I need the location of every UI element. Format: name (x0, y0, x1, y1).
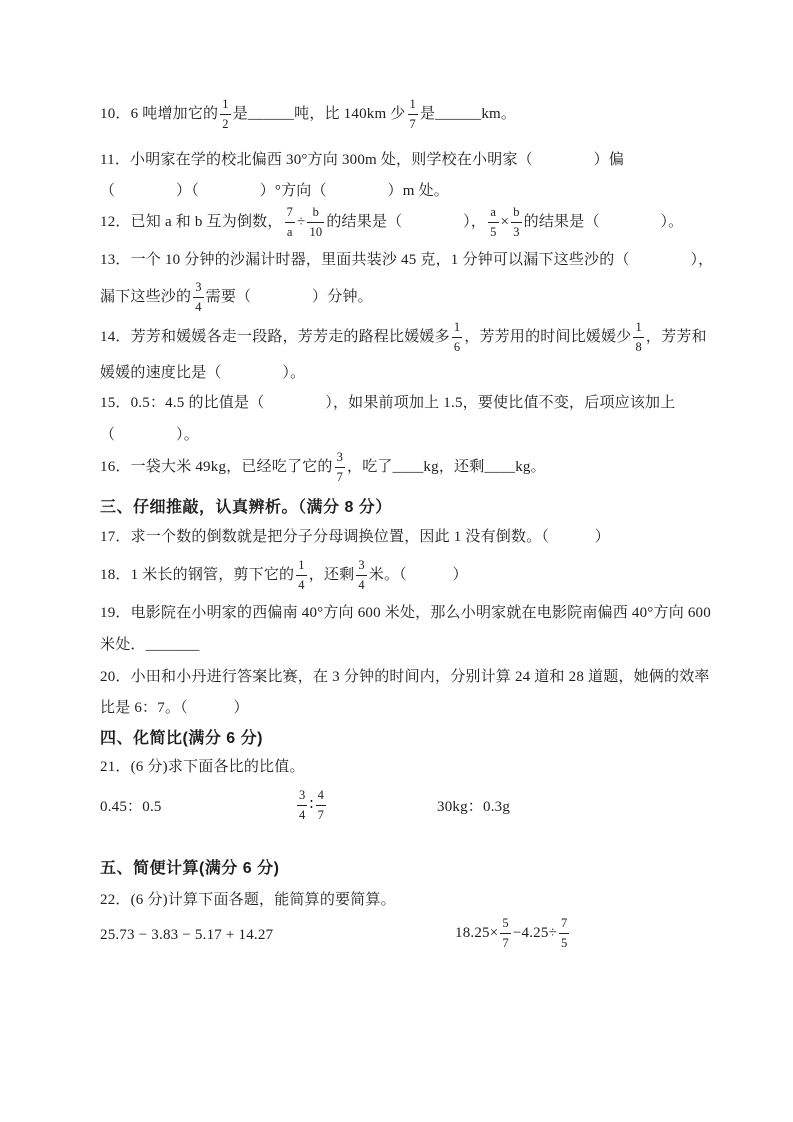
question-13-line-2: 漏下这些沙的34需要（ ）分钟。 (100, 279, 373, 316)
fraction: b3 (511, 204, 521, 241)
question-22-item-2: 18.25×57−4.25÷75 (455, 915, 571, 952)
section-4-heading: 四、化简比(满分 6 分) (100, 729, 263, 750)
fraction: 47 (316, 787, 326, 824)
question-19-line-2: 米处．_______ (100, 636, 200, 656)
question-11-line-2: （ ）（ ）°方向（ ）m 处。 (100, 182, 449, 202)
fraction: 34 (297, 787, 307, 824)
fraction: 12 (220, 96, 230, 133)
fraction: 14 (296, 557, 306, 594)
question-20-line-2: 比是 6：7。（ ） (100, 699, 249, 719)
fraction: 37 (335, 449, 345, 486)
question-21-item-2: 34∶47 (295, 787, 328, 824)
section-5-heading: 五、简便计算(满分 6 分) (100, 859, 279, 880)
question-10: 10．6 吨增加它的12是______吨，比 140km 少17是______k… (100, 96, 516, 133)
question-20-line-1: 20．小田和小丹进行答案比赛，在 3 分钟的时间内，分别计算 24 道和 28 … (100, 668, 710, 688)
question-15-line-2: （ ）。 (100, 426, 199, 446)
fraction: 17 (408, 96, 418, 133)
fraction: 18 (633, 319, 643, 356)
fraction: 34 (356, 557, 366, 594)
fraction: 57 (500, 915, 510, 952)
question-21: 21．(6 分)求下面各比的比值。 (100, 758, 305, 778)
question-14-line-2: 媛媛的速度比是（ ）。 (100, 364, 305, 384)
question-14-line-1: 14．芳芳和媛媛各走一段路，芳芳走的路程比媛媛多16，芳芳用的时间比媛媛少18，… (100, 319, 707, 356)
question-22: 22．(6 分)计算下面各题，能简算的要简算。 (100, 891, 396, 911)
fraction: 75 (559, 915, 569, 952)
question-21-item-3: 30kg：0.3g (437, 798, 510, 818)
question-22-item-1: 25.73 − 3.83 − 5.17 + 14.27 (100, 926, 273, 946)
question-19-line-1: 19．电影院在小明家的西偏南 40°方向 600 米处，那么小明家就在电影院南偏… (100, 604, 711, 624)
section-3-heading: 三、仔细推敲，认真辨析。（满分 8 分） (100, 498, 392, 519)
fraction: a5 (488, 204, 498, 241)
fraction: b10 (307, 204, 324, 241)
question-21-item-1: 0.45：0.5 (100, 798, 162, 818)
question-15-line-1: 15．0.5：4.5 的比值是（ ），如果前项加上 1.5，要使比值不变，后项应… (100, 394, 675, 414)
fraction: 34 (193, 279, 203, 316)
question-11-line-1: 11．小明家在学的校北偏西 30°方向 300m 处，则学校在小明家（ ）偏 (100, 151, 624, 171)
question-18: 18．1 米长的钢管，剪下它的14，还剩34米。（ ） (100, 557, 468, 594)
question-16: 16．一袋大米 49kg，已经吃了它的37，吃了____kg，还剩____kg。 (100, 449, 546, 486)
exam-document-page: 10．6 吨增加它的12是______吨，比 140km 少17是______k… (0, 0, 793, 1122)
question-12: 12．已知 a 和 b 互为倒数，7a÷b10的结果是（ ），a5×b3的结果是… (100, 204, 683, 241)
question-13-line-1: 13．一个 10 分钟的沙漏计时器，里面共装沙 45 克，1 分钟可以漏下这些沙… (100, 251, 713, 271)
fraction: 7a (285, 204, 295, 241)
question-17: 17．求一个数的倒数就是把分子分母调换位置，因此 1 没有倒数。（ ） (100, 528, 610, 548)
fraction: 16 (452, 319, 462, 356)
